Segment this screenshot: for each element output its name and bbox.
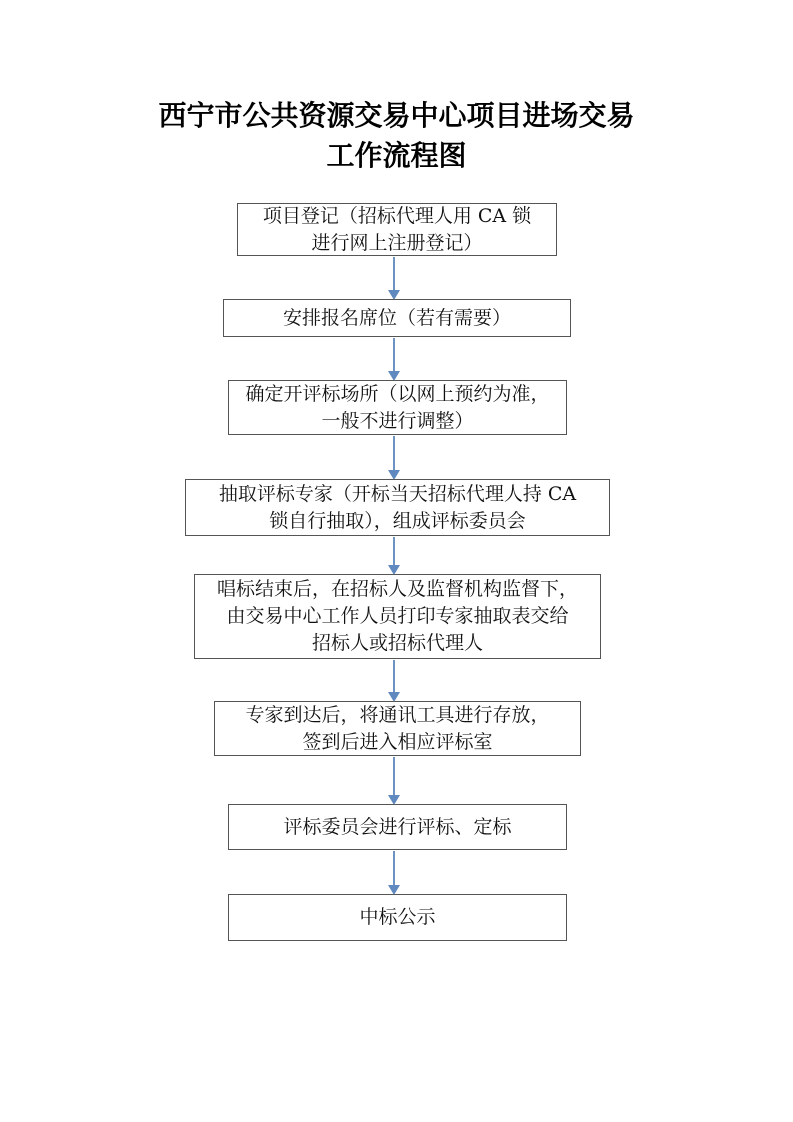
step-text: 进行网上注册登记） — [263, 230, 531, 257]
arrow-down-icon — [393, 757, 395, 803]
step-7-evaluation: 评标委员会进行评标、定标 — [228, 804, 567, 850]
step-2-arrange-seats: 安排报名席位（若有需要） — [223, 299, 571, 337]
arrow-down-icon — [393, 436, 395, 478]
step-text: 签到后进入相应评标室 — [245, 729, 549, 756]
step-4-select-experts: 抽取评标专家（开标当天招标代理人持 CA锁自行抽取），组成评标委员会 — [185, 479, 610, 536]
step-text: 一般不进行调整） — [245, 408, 549, 435]
step-text: 专家到达后，将通讯工具进行存放， — [245, 702, 549, 729]
step-8-award-announcement: 中标公示 — [228, 894, 567, 941]
step-6-expert-arrival: 专家到达后，将通讯工具进行存放，签到后进入相应评标室 — [214, 701, 581, 756]
step-3-venue: 确定开评标场所（以网上预约为准，一般不进行调整） — [228, 380, 567, 435]
arrow-down-icon — [393, 537, 395, 573]
arrow-down-icon — [393, 338, 395, 379]
flowchart-title-line2: 工作流程图 — [0, 138, 793, 174]
step-text: 中标公示 — [359, 904, 435, 931]
step-text: 招标人或招标代理人 — [217, 630, 578, 657]
step-text: 评标委员会进行评标、定标 — [283, 814, 511, 841]
step-text: 项目登记（招标代理人用 CA 锁 — [263, 203, 531, 230]
step-text: 安排报名席位（若有需要） — [283, 305, 511, 332]
step-1-project-registration: 项目登记（招标代理人用 CA 锁进行网上注册登记） — [237, 203, 557, 256]
step-text: 由交易中心工作人员打印专家抽取表交给 — [217, 603, 578, 630]
arrow-down-icon — [393, 257, 395, 298]
arrow-down-icon — [393, 851, 395, 893]
step-text: 锁自行抽取），组成评标委员会 — [219, 508, 576, 535]
flowchart-title-line1: 西宁市公共资源交易中心项目进场交易 — [0, 98, 793, 134]
step-text: 抽取评标专家（开标当天招标代理人持 CA — [219, 481, 576, 508]
arrow-down-icon — [393, 660, 395, 700]
step-text: 唱标结束后，在招标人及监督机构监督下， — [217, 576, 578, 603]
step-5-print-expert-list: 唱标结束后，在招标人及监督机构监督下，由交易中心工作人员打印专家抽取表交给招标人… — [194, 574, 601, 659]
step-text: 确定开评标场所（以网上预约为准， — [245, 381, 549, 408]
